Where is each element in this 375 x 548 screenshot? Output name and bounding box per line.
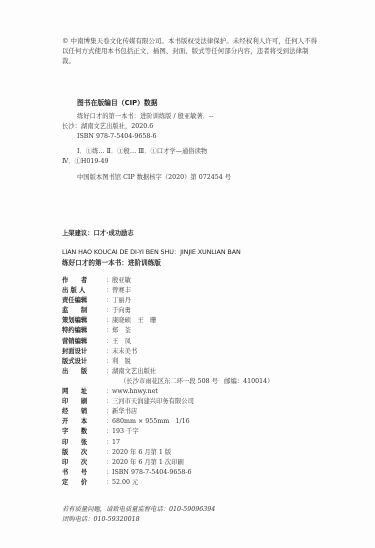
- credit-label: 开 本: [62, 417, 106, 427]
- credit-label: 定 价: [62, 478, 106, 488]
- credit-row-word-count: 字 数：193 千字: [62, 427, 342, 437]
- credit-value: 680mm × 955mm 1/16: [112, 417, 190, 427]
- credit-row-layout-design: 版式设计：利 锐: [62, 357, 342, 367]
- credit-value: 52.00 元: [112, 478, 138, 488]
- credit-row-sheets: 印 张：17: [62, 438, 342, 448]
- credit-row-publisher: 出 版：湖南文艺出版社: [62, 367, 342, 377]
- credit-value: 三河市天润建兴印务有限公司: [112, 397, 194, 407]
- credit-label: 作 者: [62, 276, 106, 286]
- credit-row-distributor: 经 销：新华书店: [62, 407, 342, 417]
- cip-line-isbn: ISBN 978-7-5404-9658-6: [62, 132, 322, 142]
- website-link[interactable]: www.hnwy.net: [112, 387, 158, 397]
- credit-value: ISBN 978-7-5404-9658-6: [112, 468, 192, 478]
- credit-value: 湖南文艺出版社: [112, 367, 156, 377]
- credit-row-cover-design: 封面设计：末末美书: [62, 347, 342, 357]
- credit-label: 特约编辑: [62, 326, 106, 336]
- credit-value: 丁丽丹: [112, 296, 131, 306]
- credit-row-printer: 印 刷：三河市天润建兴印务有限公司: [62, 397, 342, 407]
- credit-label: 监 制: [62, 306, 106, 316]
- cip-data-block: 练好口才的第一本书：进阶训练版 / 殷亚敏著．-- 长沙：湖南文艺出版社，202…: [62, 112, 322, 183]
- credit-row-planning-editor: 策划编辑：康晓硕 王 珊: [62, 316, 342, 326]
- credit-row-marketing-editor: 营销编辑：王 凤: [62, 337, 342, 347]
- credit-value: 王 凤: [112, 337, 131, 347]
- credit-label: 印 次: [62, 458, 106, 468]
- credit-value: 康晓硕 王 珊: [112, 316, 156, 326]
- credit-row-editor: 责任编辑：丁丽丹: [62, 296, 342, 306]
- credit-label: [62, 377, 106, 387]
- credit-label: 出 版: [62, 367, 106, 377]
- credit-label: 责任编辑: [62, 296, 106, 306]
- credit-value: 末末美书: [112, 347, 137, 357]
- credit-value: 新华书店: [112, 407, 137, 417]
- credits-list: 作 者：殷亚敏 出 版 人：曾赛丰 责任编辑：丁丽丹 监 制：于向勇 策划编辑：…: [62, 276, 342, 488]
- credit-label: 版式设计: [62, 357, 106, 367]
- credit-value: 于向勇: [112, 306, 131, 316]
- credit-label: 策划编辑: [62, 316, 106, 326]
- credit-label: 书 号: [62, 468, 106, 478]
- credit-value: 17: [112, 438, 120, 448]
- copyright-page: © 中南博集天卷文化传媒有限公司。本书版权受法律保护。未经权利人许可，任何人不得…: [0, 0, 375, 548]
- group-purchase-phone: 团购电话：010-59320018: [62, 515, 215, 525]
- credit-value: 曾赛丰: [112, 286, 131, 296]
- credit-value: 2020 年 6 月第 1 版: [112, 448, 171, 458]
- cip-line-publisher: 长沙：湖南文艺出版社，2020.6: [62, 122, 322, 132]
- quality-hotline: 若有质量问题，请致电质量监督电话：010-59096394: [62, 505, 215, 515]
- credit-value: 2020 年 6 月第 1 次印刷: [112, 458, 184, 468]
- credit-row-publisher-person: 出 版 人：曾赛丰: [62, 286, 342, 296]
- credit-label: 字 数: [62, 427, 106, 437]
- credit-value: 殷亚敏: [112, 276, 131, 286]
- credit-row-edition: 版 次：2020 年 6 月第 1 版: [62, 448, 342, 458]
- cip-heading: 图书在版编目（CIP）数据: [77, 97, 157, 107]
- credit-row-special-editor: 特约编辑：郑 荃: [62, 326, 342, 336]
- cip-line-class-number: Ⅳ．①H019-49: [62, 157, 322, 167]
- chinese-title: 练好口才的第一本书：进阶训练版: [62, 257, 161, 267]
- credit-row-printing: 印 次：2020 年 6 月第 1 次印刷: [62, 458, 342, 468]
- cip-line-classification: Ⅰ．①练… Ⅱ．①殷… Ⅲ．①口才学—通俗读物: [62, 147, 322, 157]
- credit-row-publisher-address: （长沙市雨花区东二环一段 508 号 邮编：410014）: [62, 377, 342, 387]
- credit-label: 封面设计: [62, 347, 106, 357]
- credit-row-price: 定 价：52.00 元: [62, 478, 342, 488]
- credit-row-author: 作 者：殷亚敏: [62, 276, 342, 286]
- copyright-notice: © 中南博集天卷文化传媒有限公司。本书版权受法律保护。未经权利人许可，任何人不得…: [62, 36, 320, 66]
- credit-label: 经 销: [62, 407, 106, 417]
- credit-value: 利 锐: [112, 357, 131, 367]
- pinyin-title: LIAN HAO KOUCAI DE DI-YI BEN SHU：JINJIE …: [62, 247, 241, 256]
- credit-label: 出 版 人: [62, 286, 106, 296]
- credit-label: 印 张: [62, 438, 106, 448]
- credit-row-isbn: 书 号：ISBN 978-7-5404-9658-6: [62, 468, 342, 478]
- credit-row-supervisor: 监 制：于向勇: [62, 306, 342, 316]
- credit-label: 网 址: [62, 387, 106, 397]
- credit-value: 193 千字: [112, 427, 139, 437]
- credit-value: 郑 荃: [112, 326, 131, 336]
- credit-row-website: 网 址：www.hnwy.net: [62, 387, 342, 397]
- credit-label: 印 刷: [62, 397, 106, 407]
- publisher-address: （长沙市雨花区东二环一段 508 号 邮编：410014）: [112, 377, 273, 387]
- cip-line-title: 练好口才的第一本书：进阶训练版 / 殷亚敏著．--: [62, 112, 322, 122]
- credit-label: 版 次: [62, 448, 106, 458]
- credit-row-format: 开 本：680mm × 955mm 1/16: [62, 417, 342, 427]
- credit-label: 营销编辑: [62, 337, 106, 347]
- cip-line-record-number: 中国版本图书馆 CIP 数据核字（2020）第 072454 号: [62, 173, 322, 183]
- shelf-suggestion: 上架建议：口才·成功励志: [62, 228, 134, 237]
- contact-info: 若有质量问题，请致电质量监督电话：010-59096394 团购电话：010-5…: [62, 505, 215, 525]
